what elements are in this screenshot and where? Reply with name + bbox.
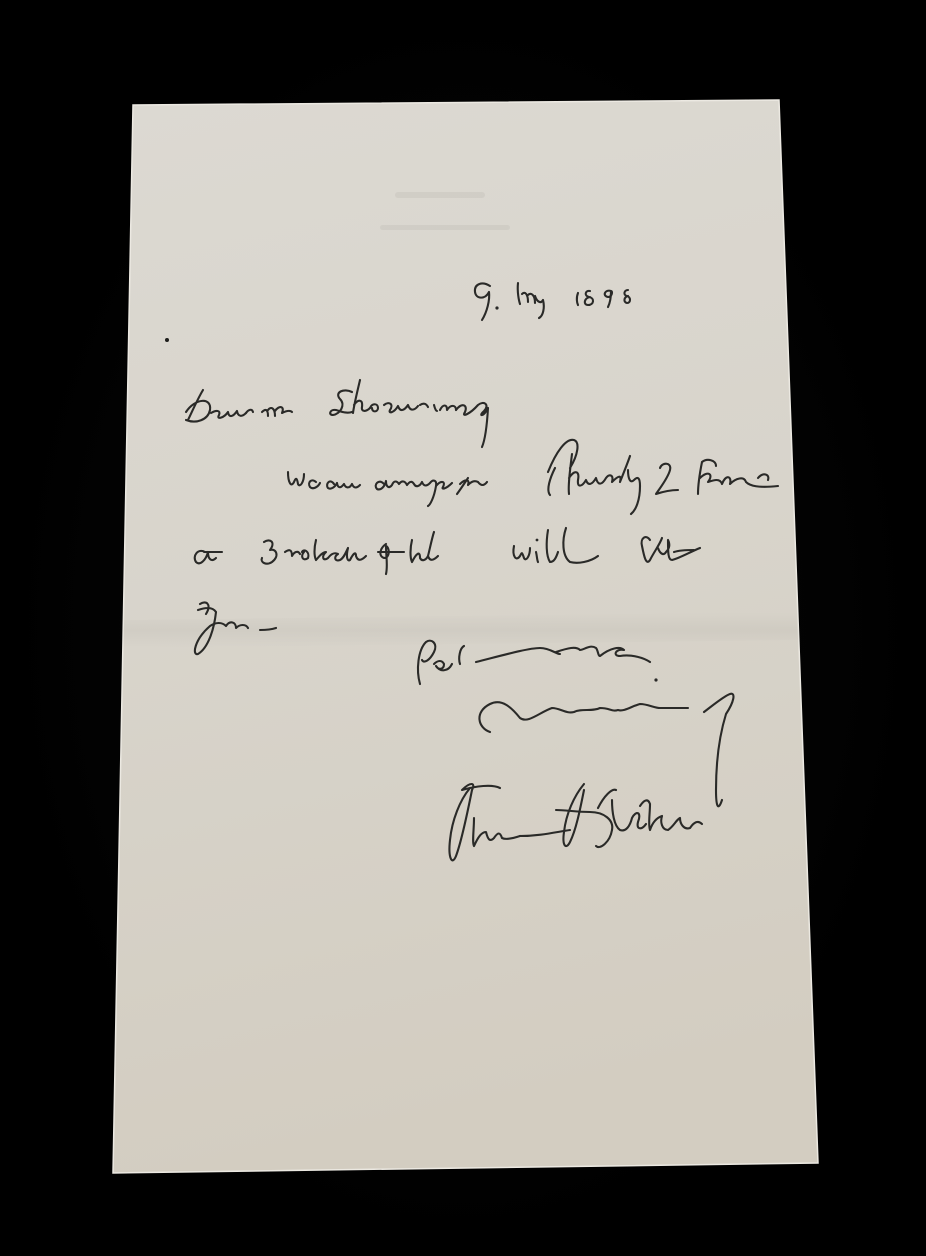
ink-dot [165,338,169,342]
letter-photo [0,0,926,1256]
paper-sheet [113,100,818,1173]
